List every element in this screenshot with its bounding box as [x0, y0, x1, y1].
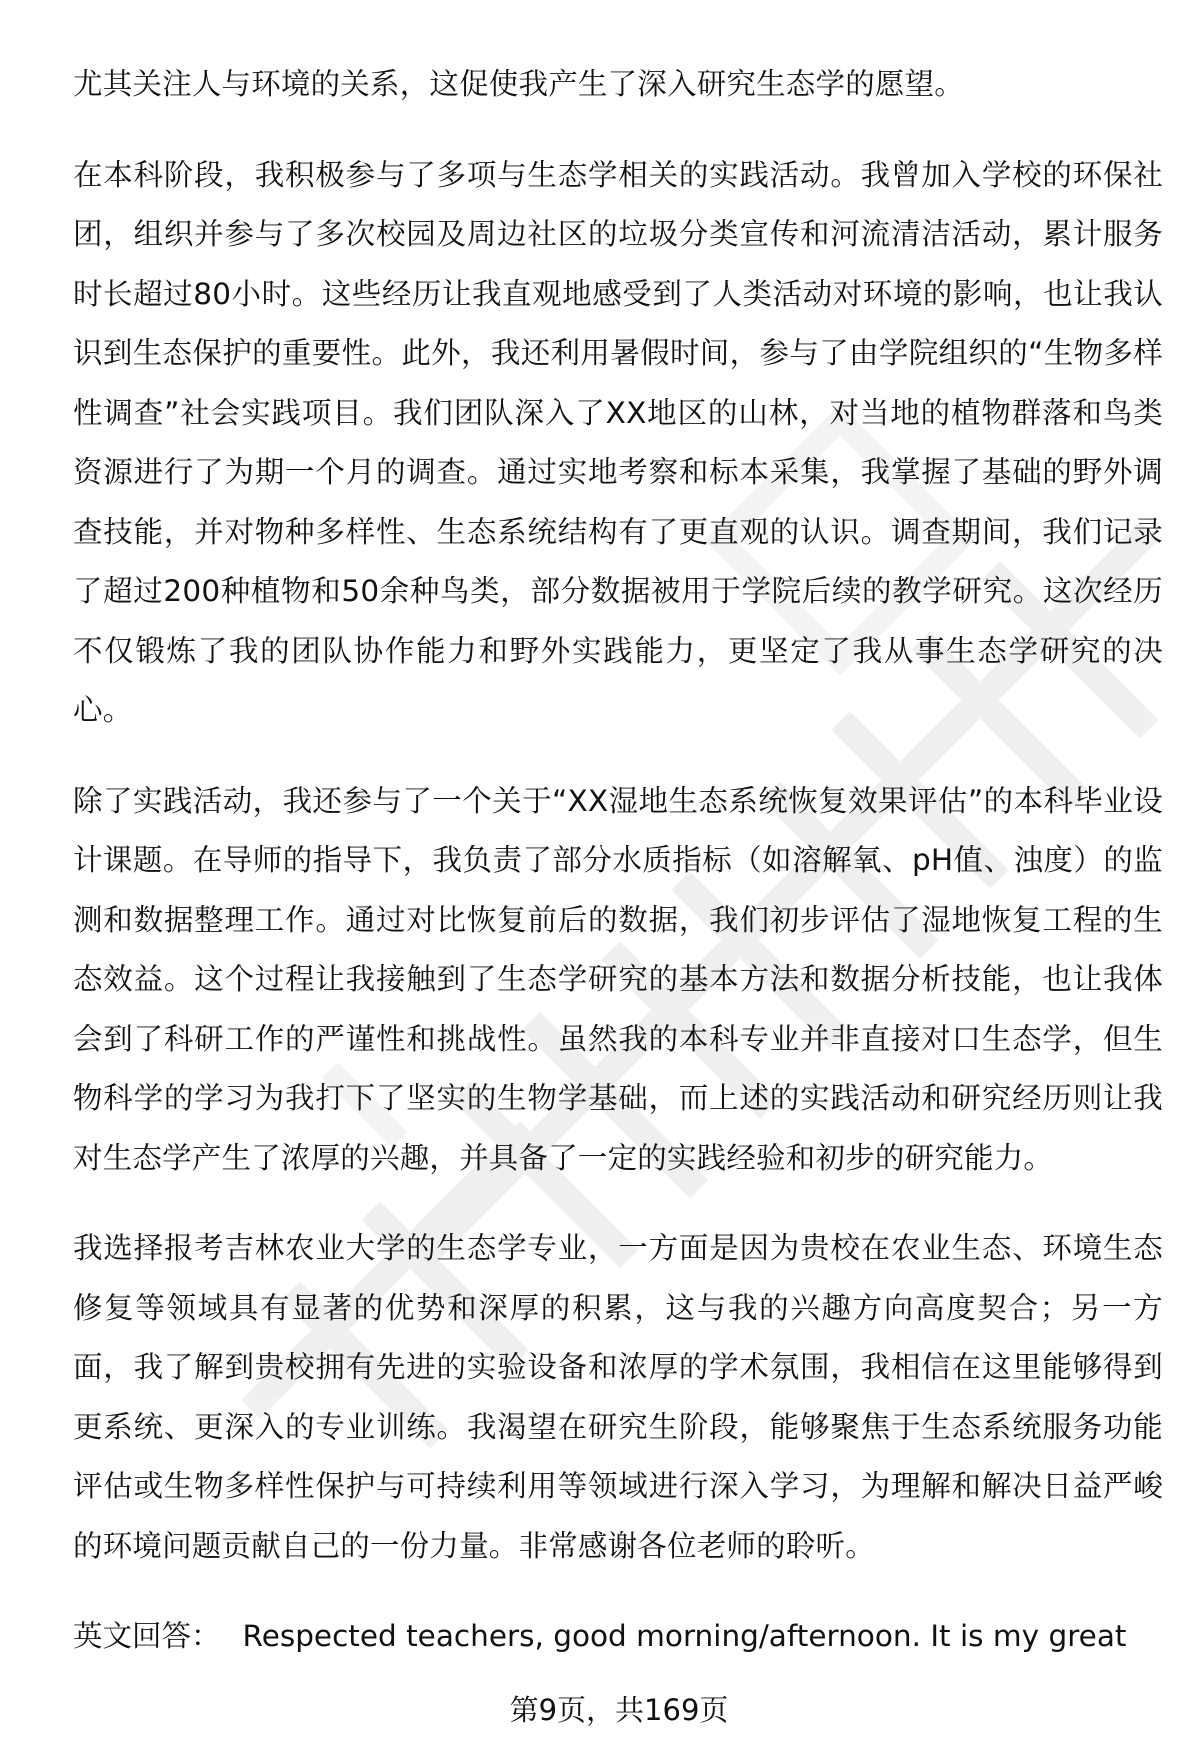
- paragraph-undergraduate-practice: 在本科阶段，我积极参与了多项与生态学相关的实践活动。我曾加入学校的环保社团，组织…: [73, 146, 1163, 741]
- paragraph-reason-for-applying: 我选择报考吉林农业大学的生态学专业，一方面是因为贵校在农业生态、环境生态修复等领…: [73, 1219, 1163, 1576]
- paragraph-motivation-intro: 尤其关注人与环境的关系，这促使我产生了深入研究生态学的愿望。: [73, 55, 1163, 115]
- english-answer-text: Respected teachers, good morning/afterno…: [243, 1619, 1127, 1653]
- page-indicator: 第9页，共169页: [0, 1681, 1200, 1740]
- paragraph-research-project: 除了实践活动，我还参与了一个关于“XX湿地生态系统恢复效果评估”的本科毕业设计课…: [73, 772, 1163, 1189]
- english-answer-label: 英文回答：: [73, 1619, 221, 1653]
- document-body: 尤其关注人与环境的关系，这促使我产生了深入研究生态学的愿望。 在本科阶段，我积极…: [73, 55, 1163, 1667]
- english-answer-line: 英文回答：Respected teachers, good morning/af…: [73, 1607, 1163, 1667]
